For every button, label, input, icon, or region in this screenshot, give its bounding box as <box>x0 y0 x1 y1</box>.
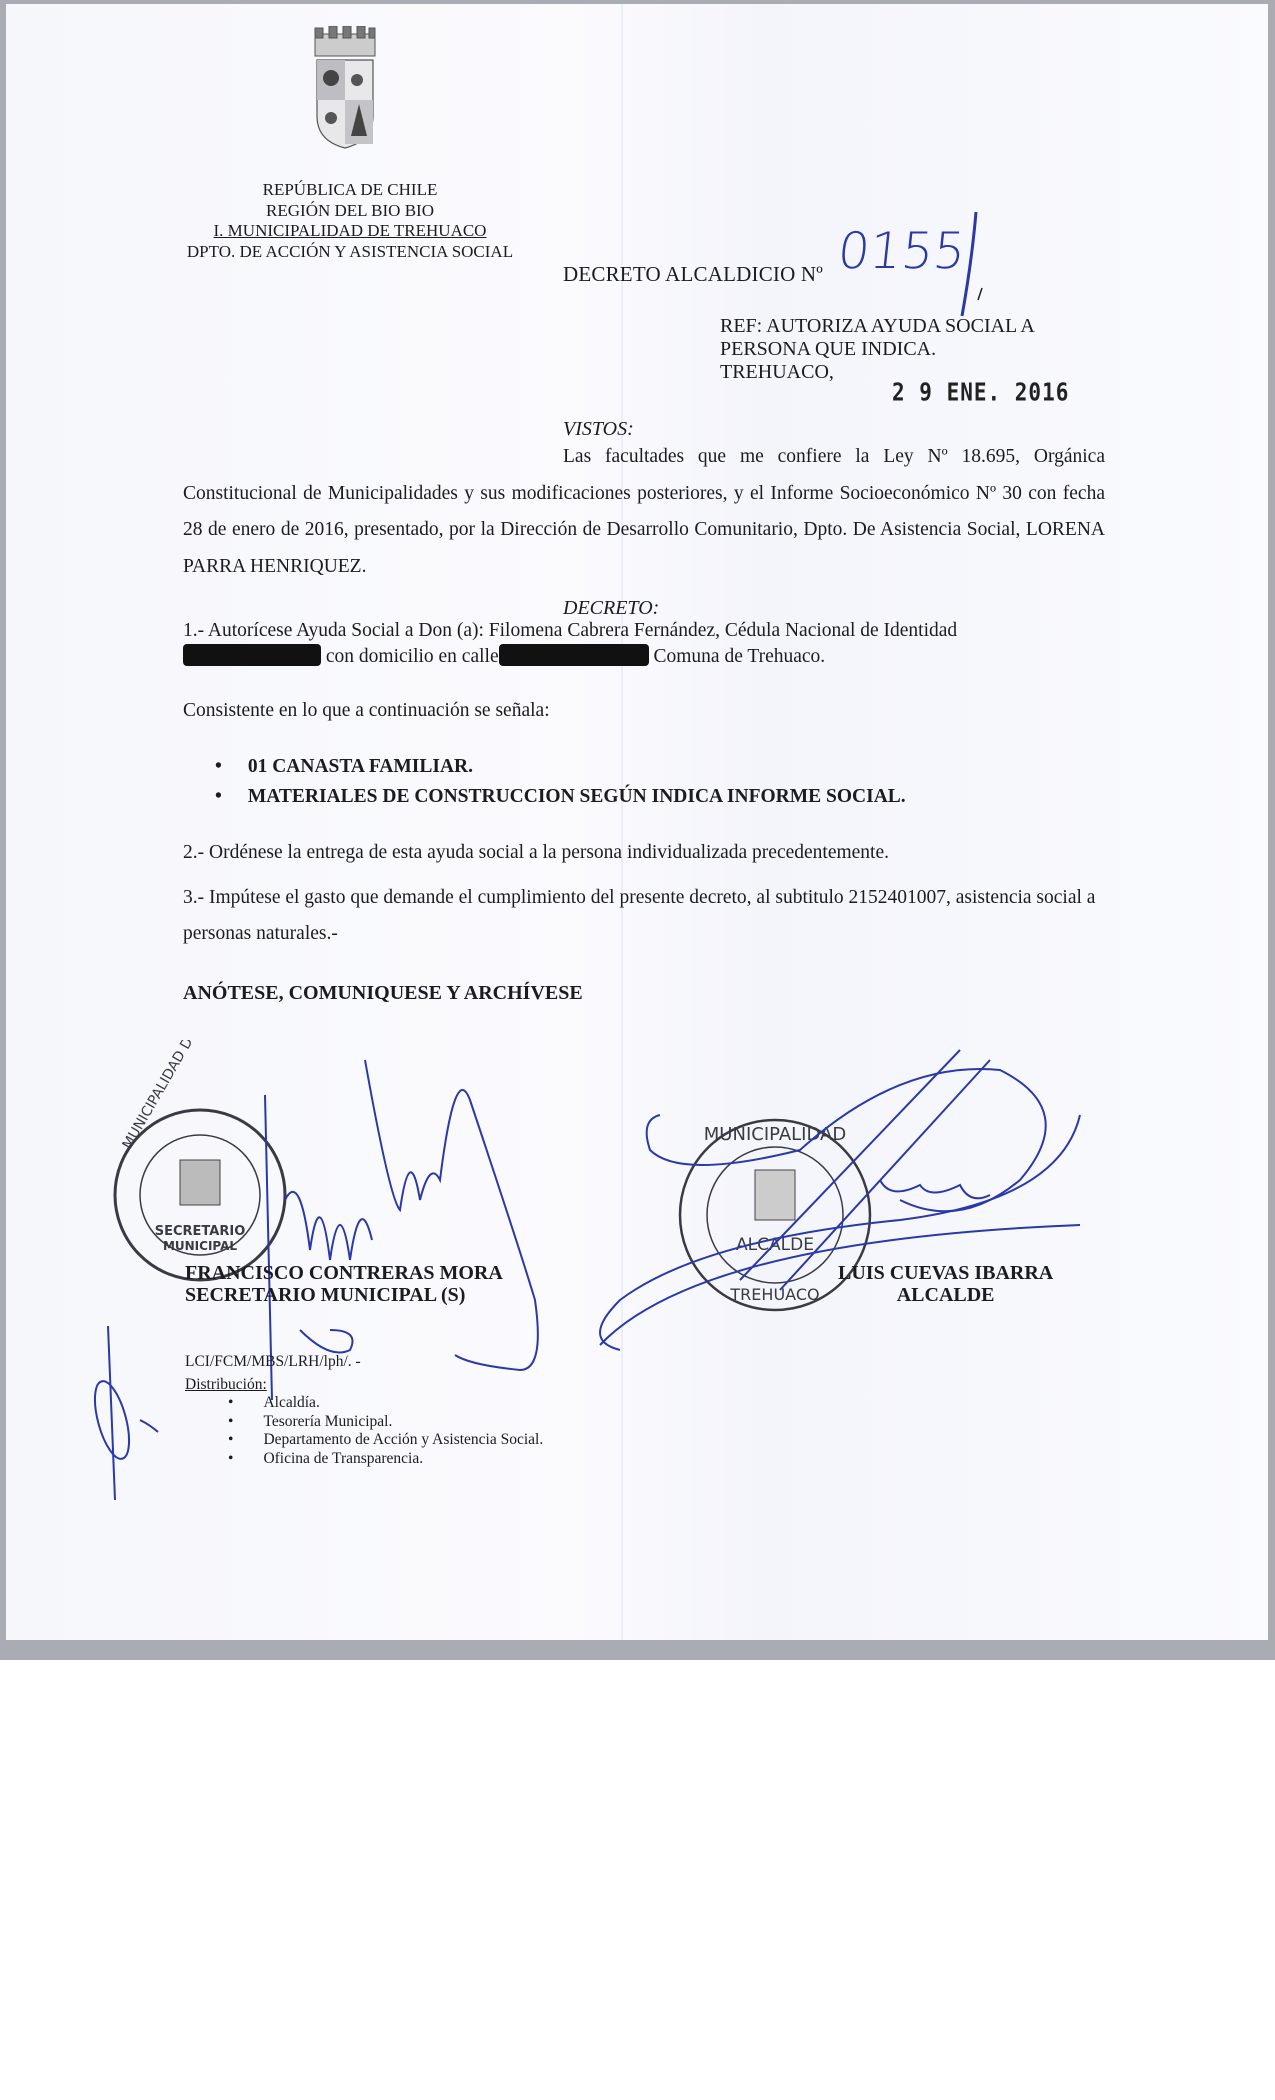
item1-text-b: con domicilio en calle <box>326 646 499 667</box>
mayor-name: LUIS CUEVAS IBARRA <box>838 1262 1053 1284</box>
handwritten-slash-mark <box>948 210 988 320</box>
decree-title: DECRETO ALCALDICIO Nº <box>563 262 823 287</box>
redacted-id-number <box>183 644 321 666</box>
letterhead-municipality: I. MUNICIPALIDAD DE TREHUACO <box>180 221 520 242</box>
secretary-title: SECRETARIO MUNICIPAL (S) <box>185 1284 503 1306</box>
svg-text:MUNICIPALIDAD DE: MUNICIPALIDAD DE <box>120 1040 201 1152</box>
reference-block: REF: AUTORIZA AYUDA SOCIAL A PERSONA QUE… <box>720 315 1035 384</box>
letterhead: REPÚBLICA DE CHILE REGIÓN DEL BIO BIO I.… <box>180 180 520 262</box>
mayor-title: ALCALDE <box>838 1284 1053 1306</box>
secretary-seal-icon: SECRETARIO MUNICIPAL MUNICIPALIDAD DE <box>115 1040 285 1280</box>
svg-text:TREHUACO: TREHUACO <box>729 1285 819 1304</box>
consistente-text: Consistente en lo que a continuación se … <box>183 700 550 722</box>
vistos-heading: VISTOS: <box>563 418 634 441</box>
decreto-heading: DECRETO: <box>563 597 659 620</box>
distribution-item: Departamento de Acción y Asistencia Soci… <box>228 1431 543 1450</box>
letterhead-country: REPÚBLICA DE CHILE <box>180 180 520 201</box>
item1-text-c: Comuna de Trehuaco. <box>653 646 825 667</box>
mayor-signature-block: LUIS CUEVAS IBARRA ALCALDE <box>838 1262 1053 1306</box>
distribution-list: Alcaldía. Tesorería Municipal. Departame… <box>228 1394 543 1468</box>
vistos-paragraph: Las facultades que me confiere la Ley Nº… <box>183 439 1105 585</box>
distribution-heading: Distribución: <box>185 1376 267 1394</box>
municipal-crest-icon <box>305 26 385 156</box>
letterhead-department: DPTO. DE ACCIÓN Y ASISTENCIA SOCIAL <box>180 242 520 263</box>
distribution-item: Tesorería Municipal. <box>228 1413 543 1432</box>
reference-line-2: PERSONA QUE INDICA. <box>720 338 1035 361</box>
decree-item-1: 1.- Autorícese Ayuda Social a Don (a): F… <box>183 618 1105 670</box>
svg-text:MUNICIPALIDAD: MUNICIPALIDAD <box>704 1124 846 1145</box>
distribution-item: Alcaldía. <box>228 1394 543 1413</box>
aid-item: 01 CANASTA FAMILIAR. <box>215 752 906 782</box>
decree-item-2: 2.- Ordénese la entrega de esta ayuda so… <box>183 842 889 864</box>
secretary-signature-icon <box>265 1060 538 1400</box>
redacted-address <box>499 644 649 666</box>
aid-items-list: 01 CANASTA FAMILIAR. MATERIALES DE CONST… <box>215 752 906 812</box>
secretary-signature-block: FRANCISCO CONTRERAS MORA SECRETARIO MUNI… <box>185 1262 503 1306</box>
secretary-name: FRANCISCO CONTRERAS MORA <box>185 1262 503 1284</box>
reference-initials: LCI/FCM/MBS/LRH/lph/. - <box>185 1353 361 1371</box>
reference-line-1: REF: AUTORIZA AYUDA SOCIAL A <box>720 315 1035 338</box>
vistos-text: Las facultades que me confiere la Ley Nº… <box>183 446 1105 577</box>
date-stamp: 2 9 ENE. 2016 <box>892 378 1069 407</box>
decree-item-3: 3.- Impútese el gasto que demande el cum… <box>183 880 1105 952</box>
svg-text:SECRETARIO: SECRETARIO <box>155 1224 246 1239</box>
aid-item: MATERIALES DE CONSTRUCCION SEGÚN INDICA … <box>215 782 906 812</box>
item1-text-a: 1.- Autorícese Ayuda Social a Don (a): F… <box>183 620 957 641</box>
svg-text:MUNICIPAL: MUNICIPAL <box>163 1239 237 1253</box>
closing-formula: ANÓTESE, COMUNIQUESE Y ARCHÍVESE <box>183 982 583 1005</box>
distribution-item: Oficina de Transparencia. <box>228 1450 543 1469</box>
initials-signature-icon <box>88 1326 158 1500</box>
letterhead-region: REGIÓN DEL BIO BIO <box>180 201 520 222</box>
